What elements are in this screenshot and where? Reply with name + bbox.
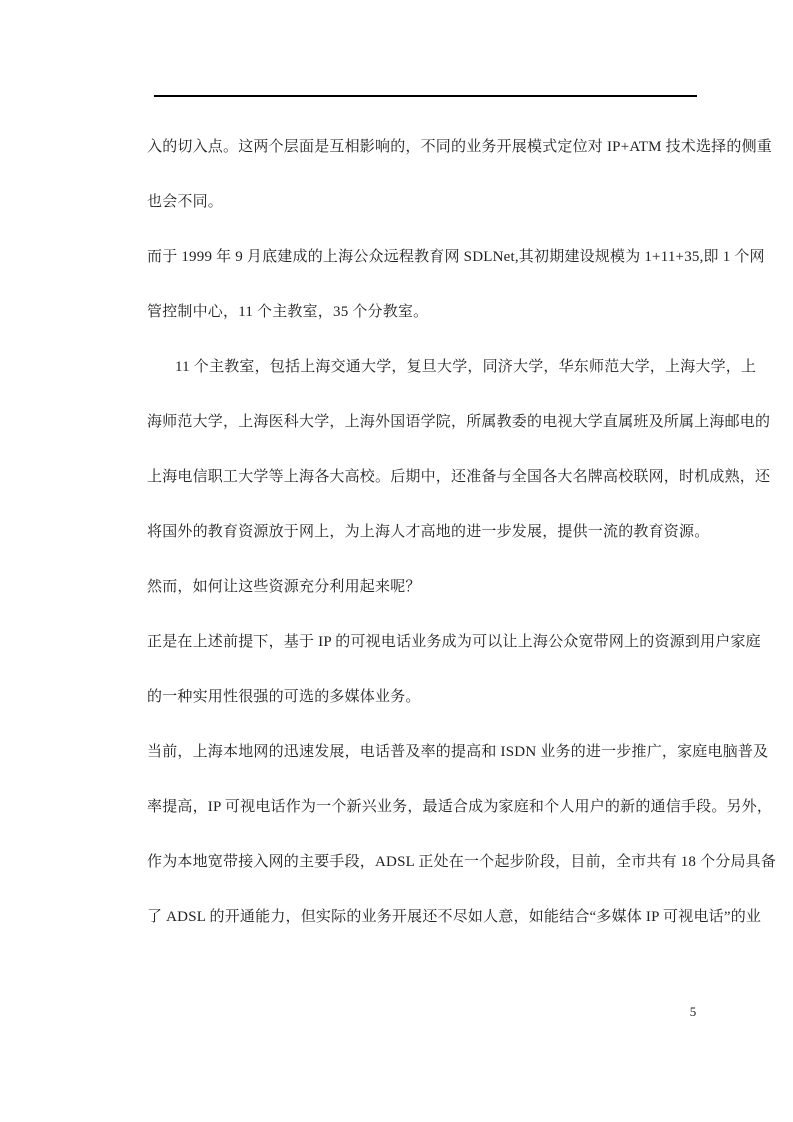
text-line: 了 ADSL 的开通能力，但实际的业务开展还不尽如人意，如能结合“多媒体 IP … xyxy=(147,890,722,945)
text-line: 然而，如何让这些资源充分利用起来呢？ xyxy=(147,560,722,615)
text-line: 管控制中心，11 个主教室，35 个分教室。 xyxy=(147,285,722,340)
text-line: 正是在上述前提下，基于 IP 的可视电话业务成为可以让上海公众宽带网上的资源到用… xyxy=(147,615,722,670)
text-line: 也会不同。 xyxy=(147,175,722,230)
text-line: 当前，上海本地网的迅速发展，电话普及率的提高和 ISDN 业务的进一步推广，家庭… xyxy=(147,725,722,780)
document-body: 入的切入点。这两个层面是互相影响的，不同的业务开展模式定位对 IP+ATM 技术… xyxy=(147,120,722,945)
page-number: 5 xyxy=(681,1000,705,1024)
text-line: 将国外的教育资源放于网上，为上海人才高地的进一步发展，提供一流的教育资源。 xyxy=(147,505,722,560)
text-line: 而于 1999 年 9 月底建成的上海公众远程教育网 SDLNet,其初期建设规… xyxy=(147,230,722,285)
text-line: 11 个主教室，包括上海交通大学，复旦大学，同济大学，华东师范大学，上海大学，上 xyxy=(147,340,722,395)
text-line: 率提高，IP 可视电话作为一个新兴业务，最适合成为家庭和个人用户的新的通信手段。… xyxy=(147,780,722,835)
header-rule xyxy=(154,95,697,97)
text-line: 作为本地宽带接入网的主要手段，ADSL 正处在一个起步阶段，目前，全市共有 18… xyxy=(147,835,722,890)
document-page: 入的切入点。这两个层面是互相影响的，不同的业务开展模式定位对 IP+ATM 技术… xyxy=(0,0,793,1122)
text-line: 海师范大学，上海医科大学，上海外国语学院，所属教委的电视大学直属班及所属上海邮电… xyxy=(147,395,722,450)
text-line: 的一种实用性很强的可选的多媒体业务。 xyxy=(147,670,722,725)
text-line: 入的切入点。这两个层面是互相影响的，不同的业务开展模式定位对 IP+ATM 技术… xyxy=(147,120,722,175)
text-line: 上海电信职工大学等上海各大高校。后期中，还准备与全国各大名牌高校联网，时机成熟，… xyxy=(147,450,722,505)
